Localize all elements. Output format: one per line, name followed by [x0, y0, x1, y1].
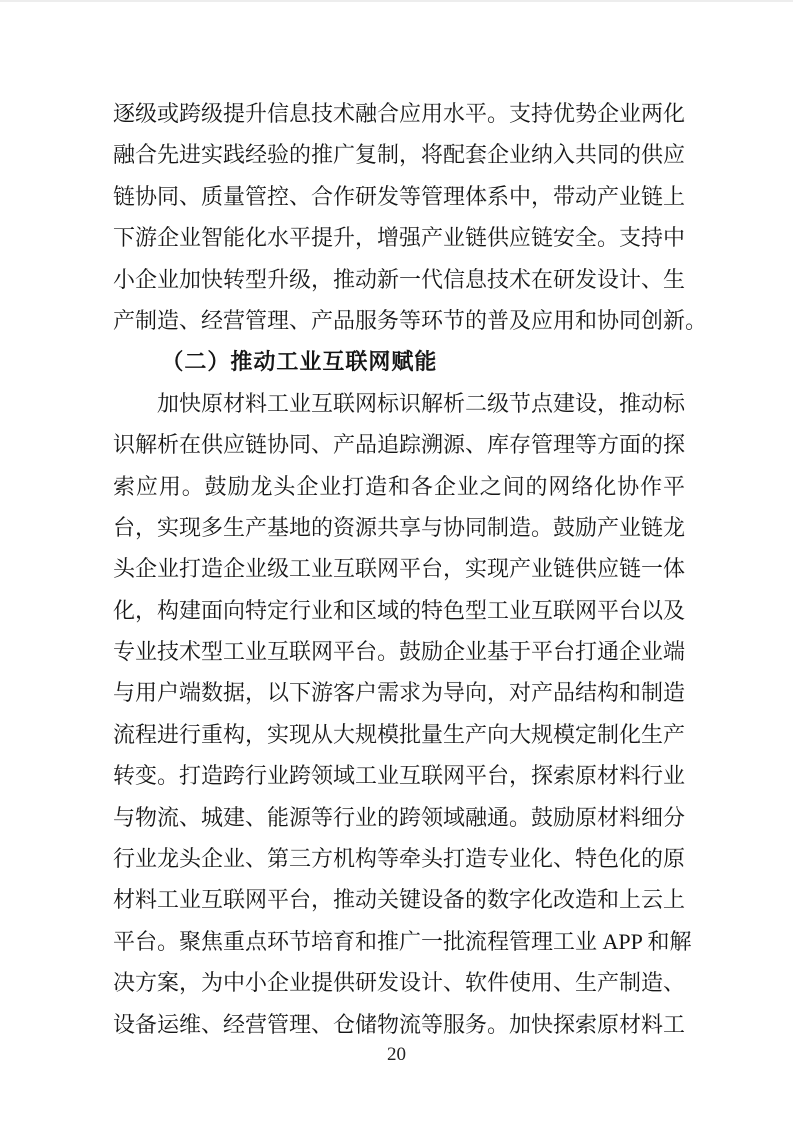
text-line: 融合先进实践经验的推广复制，将配套企业纳入共同的供应 [113, 134, 685, 175]
text-line: 链协同、质量管控、合作研发等管理体系中，带动产业链上 [113, 176, 685, 217]
text-line: 加快原材料工业互联网标识解析二级节点建设，推动标 [113, 383, 685, 424]
text-line: 产制造、经营管理、产品服务等环节的普及应用和协同创新。 [113, 300, 685, 341]
text-line: 与用户端数据，以下游客户需求为导向，对产品结构和制造 [113, 672, 685, 713]
paragraph-continuation: 逐级或跨级提升信息技术融合应用水平。支持优势企业两化 融合先进实践经验的推广复制… [113, 93, 685, 341]
text-line: 设备运维、经营管理、仓储物流等服务。加快探索原材料工 [113, 1004, 685, 1045]
text-line: 流程进行重构，实现从大规模批量生产向大规模定制化生产 [113, 714, 685, 755]
body-text: 逐级或跨级提升信息技术融合应用水平。支持优势企业两化 融合先进实践经验的推广复制… [113, 93, 685, 1045]
text-line: 材料工业互联网平台，推动关键设备的数字化改造和上云上 [113, 879, 685, 920]
scan-edge-artifact [0, 0, 793, 2]
paragraph-industrial-internet: 加快原材料工业互联网标识解析二级节点建设，推动标 识解析在供应链协同、产品追踪溯… [113, 383, 685, 1045]
text-line: 下游企业智能化水平提升，增强产业链供应链安全。支持中 [113, 217, 685, 258]
text-line: 专业技术型工业互联网平台。鼓励企业基于平台打通企业端 [113, 631, 685, 672]
text-line: 转变。打造跨行业跨领域工业互联网平台，探索原材料行业 [113, 755, 685, 796]
text-line: 索应用。鼓励龙头企业打造和各企业之间的网络化协作平 [113, 466, 685, 507]
document-page: 逐级或跨级提升信息技术融合应用水平。支持优势企业两化 融合先进实践经验的推广复制… [0, 0, 793, 1122]
text-line: 与物流、城建、能源等行业的跨领域融通。鼓励原材料细分 [113, 797, 685, 838]
text-line: 识解析在供应链协同、产品追踪溯源、库存管理等方面的探 [113, 424, 685, 465]
text-line: 决方案，为中小企业提供研发设计、软件使用、生产制造、 [113, 962, 685, 1003]
text-line: 逐级或跨级提升信息技术融合应用水平。支持优势企业两化 [113, 93, 685, 134]
text-line: 行业龙头企业、第三方机构等牵头打造专业化、特色化的原 [113, 838, 685, 879]
text-line: 平台。聚焦重点环节培育和推广一批流程管理工业 APP 和解 [113, 921, 685, 962]
text-line: 头企业打造企业级工业互联网平台，实现产业链供应链一体 [113, 548, 685, 589]
text-line: 化，构建面向特定行业和区域的特色型工业互联网平台以及 [113, 590, 685, 631]
text-line: 小企业加快转型升级，推动新一代信息技术在研发设计、生 [113, 259, 685, 300]
section-heading: （二）推动工业互联网赋能 [113, 341, 685, 382]
text-line: 台，实现多生产基地的资源共享与协同制造。鼓励产业链龙 [113, 507, 685, 548]
page-number: 20 [0, 1043, 793, 1067]
